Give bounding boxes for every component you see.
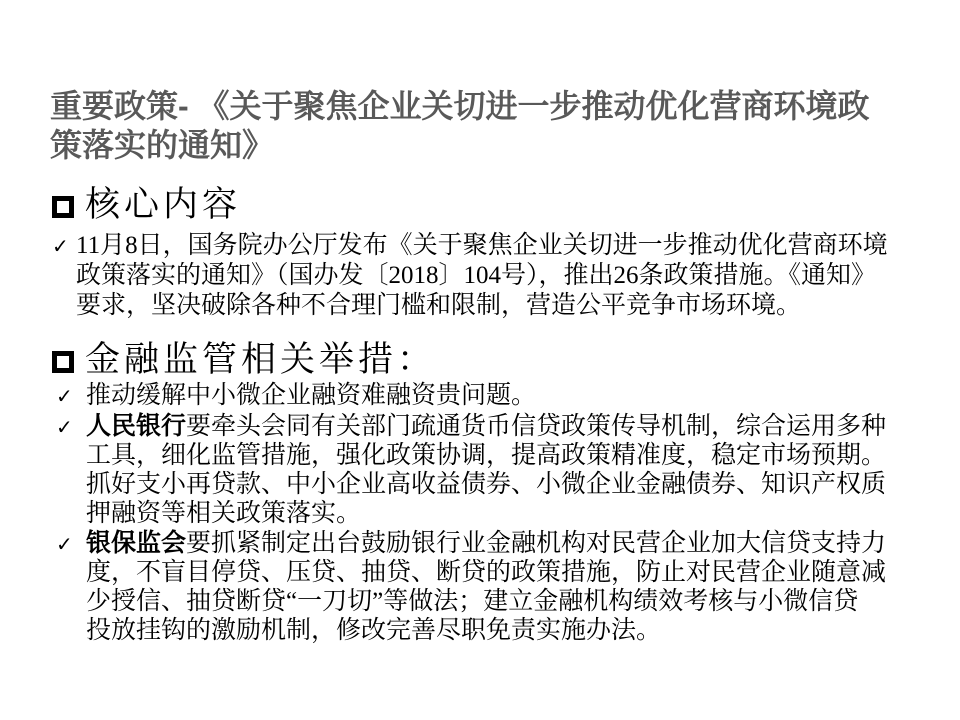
bullet-text: 银保监会要抓紧制定出台鼓励银行业金融机构对民营企业加大信贷支持力 度，不盲目停贷… xyxy=(86,529,918,645)
bullet-body: 推动缓解中小微企业融资难融资贵问题。 xyxy=(86,382,536,409)
bullet-bold-prefix: 银保监会 xyxy=(86,530,186,557)
square-bullet-icon xyxy=(52,351,74,373)
section-1-heading: 核心内容 xyxy=(52,184,922,226)
slide-title: 重要政策- 《关于聚焦企业关切进一步推动优化营商环境政 策落实的通知》 xyxy=(50,87,906,165)
section-1-bullet-list: ✓ 11月8日，国务院办公厅发布《关于聚焦企业关切进一步推动优化营商环境 政策落… xyxy=(52,231,922,321)
bullet-body: 要牵头会同有关部门疏通货币信贷政策传导机制，综合运用多种 工具，细化监管措施，强… xyxy=(86,413,886,527)
list-item: ✓ 11月8日，国务院办公厅发布《关于聚焦企业关切进一步推动优化营商环境 政策落… xyxy=(52,231,922,321)
section-core-content: 核心内容 ✓ 11月8日，国务院办公厅发布《关于聚焦企业关切进一步推动优化营商环… xyxy=(52,184,922,322)
list-item: ✓ 人民银行要牵头会同有关部门疏通货币信贷政策传导机制，综合运用多种 工具，细化… xyxy=(52,412,932,528)
checkmark-icon: ✓ xyxy=(52,381,86,411)
bullet-text: 推动缓解中小微企业融资难融资贵问题。 xyxy=(86,381,918,410)
checkmark-icon: ✓ xyxy=(52,529,86,559)
section-2-heading: 金融监管相关举措： xyxy=(52,339,932,381)
section-financial-regulation: 金融监管相关举措： ✓ 推动缓解中小微企业融资难融资贵问题。 ✓ 人民银行要牵头… xyxy=(52,339,932,646)
bullet-text: 人民银行要牵头会同有关部门疏通货币信贷政策传导机制，综合运用多种 工具，细化监管… xyxy=(86,412,918,528)
checkmark-icon: ✓ xyxy=(52,231,76,261)
bullet-bold-prefix: 人民银行 xyxy=(86,413,186,440)
section-2-heading-text: 金融监管相关举措： xyxy=(85,339,436,381)
bullet-body: 要抓紧制定出台鼓励银行业金融机构对民营企业加大信贷支持力 度，不盲目停贷、压贷、… xyxy=(86,530,886,644)
section-1-heading-text: 核心内容 xyxy=(85,184,241,226)
checkmark-icon: ✓ xyxy=(52,412,86,442)
slide-canvas: 重要政策- 《关于聚焦企业关切进一步推动优化营商环境政 策落实的通知》 核心内容… xyxy=(0,0,960,720)
list-item: ✓ 推动缓解中小微企业融资难融资贵问题。 xyxy=(52,381,932,411)
section-2-bullet-list: ✓ 推动缓解中小微企业融资难融资贵问题。 ✓ 人民银行要牵头会同有关部门疏通货币… xyxy=(52,381,932,645)
list-item: ✓ 银保监会要抓紧制定出台鼓励银行业金融机构对民营企业加大信贷支持力 度，不盲目… xyxy=(52,529,932,645)
bullet-body: 11月8日，国务院办公厅发布《关于聚焦企业关切进一步推动优化营商环境 政策落实的… xyxy=(76,232,888,319)
bullet-text: 11月8日，国务院办公厅发布《关于聚焦企业关切进一步推动优化营商环境 政策落实的… xyxy=(76,231,898,321)
square-bullet-icon xyxy=(52,196,74,218)
